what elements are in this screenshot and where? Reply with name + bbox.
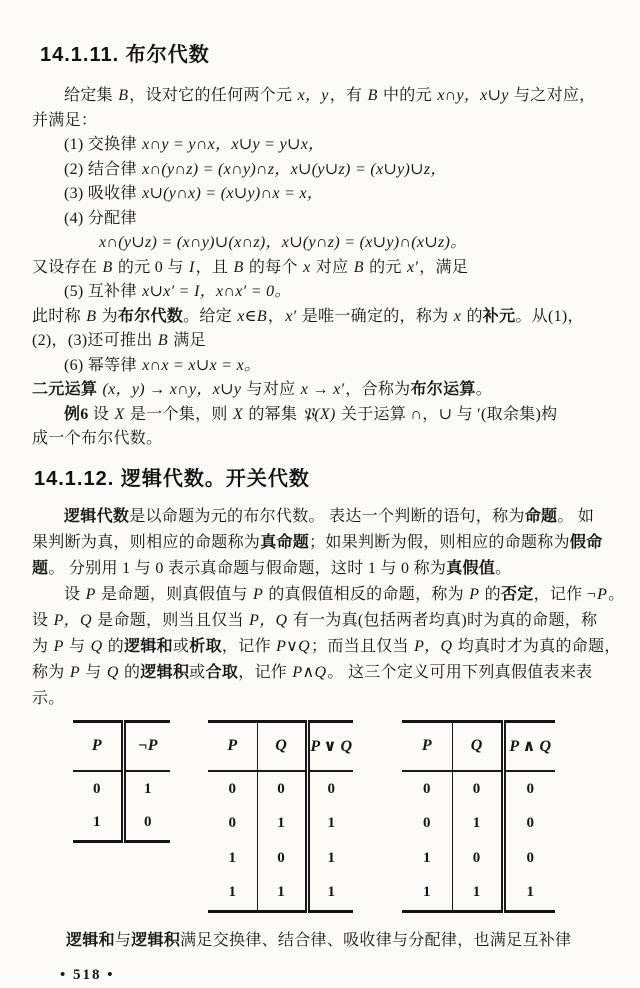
- law-distributive-label: (4) 分配律: [32, 207, 614, 232]
- cell: 0: [503, 806, 555, 841]
- col-header-not-p: ¬P: [123, 721, 170, 771]
- table-header-row: P Q P ∧ Q: [402, 721, 555, 771]
- cell: 1: [402, 841, 452, 876]
- table-header-row: P Q P ∨ Q: [208, 721, 353, 771]
- cell: 0: [208, 806, 257, 841]
- logic-para2-line-5: 示。: [32, 686, 614, 712]
- book-page: 14.1.11. 布尔代数 给定集 B，设对它的任何两个元 x，y，有 B 中的…: [0, 0, 640, 984]
- cell: 0: [257, 841, 307, 876]
- col-header-p: P: [73, 721, 123, 771]
- table-row: 1 0 1: [208, 841, 353, 876]
- table-row: 0 1: [73, 771, 170, 806]
- cell: 1: [73, 806, 123, 841]
- law-distributive-formula: x∩(y∪z) = (x∩y)∪(x∩z)，x∪(y∩z) = (x∪y)∩(x…: [32, 231, 614, 256]
- cell: 1: [307, 806, 353, 841]
- complement-intro: 又设存在 B 的元 0 与 I，且 B 的每个 x 对应 B 的元 x′，满足: [32, 256, 614, 281]
- law-complement: (5) 互补律 x∪x′ = I，x∩x′ = 0。: [32, 280, 614, 305]
- col-header-p-and-q: P ∧ Q: [503, 721, 555, 771]
- truth-table-negation: P ¬P 0 1 1 0: [73, 720, 170, 843]
- cell: 1: [307, 876, 353, 911]
- derivation-note: (2)，(3)还可推出 B 满足: [32, 329, 614, 354]
- law-associative: (2) 结合律 x∩(y∩z) = (x∩y)∩z，x∪(y∪z) = (x∪y…: [32, 158, 614, 183]
- logic-para1-line-2: 果判断为真，则相应的命题称为真命题；如果判断为假，则相应的命题称为假命: [32, 530, 614, 556]
- table-row: 1 1 1: [402, 876, 555, 911]
- logic-para2-line-4: 称为 P 与 Q 的逻辑积或合取，记作 P∧Q。 这三个定义可用下列真假值表来表: [32, 660, 614, 686]
- col-header-p: P: [402, 721, 452, 771]
- col-header-p-or-q: P ∨ Q: [307, 721, 353, 771]
- table-header-row: P ¬P: [73, 721, 170, 771]
- cell: 1: [257, 806, 307, 841]
- cell: 1: [452, 806, 503, 841]
- section-boolean-algebra: 给定集 B，设对它的任何两个元 x，y，有 B 中的元 x∩y，x∪y 与之对应…: [32, 84, 614, 452]
- cell: 0: [452, 841, 503, 876]
- cell: 1: [123, 771, 170, 806]
- laws-summary-note: 逻辑和与逻辑积满足交换律、结合律、吸收律与分配律，也满足互补律: [32, 929, 614, 953]
- truth-tables-row: P ¬P 0 1 1 0 P Q P ∨ Q 0 0 0: [32, 720, 614, 913]
- example-6-line-2: 成一个布尔代数。: [32, 427, 614, 452]
- boolean-algebra-definition: 此时称 B 为布尔代数。给定 x∈B，x′ 是唯一确定的，称为 x 的补元。从(…: [32, 305, 614, 330]
- table-row: 1 0 0: [402, 841, 555, 876]
- law-idempotent: (6) 幂等律 x∩x = x∪x = x。: [32, 354, 614, 379]
- negation-definition-line: 设 P 是命题，则真假值与 P 的真假值相反的命题，称为 P 的否定，记作 ¬P…: [32, 582, 614, 608]
- table-row: 0 0 0: [208, 771, 353, 806]
- truth-table-conjunction: P Q P ∧ Q 0 0 0 0 1 0 1 0 0 1 1: [402, 720, 555, 913]
- logic-para2-line-2: 设 P，Q 是命题，则当且仅当 P，Q 有一为真(包括两者均真)时为真的命题，称: [32, 608, 614, 634]
- section-heading-14-1-12: 14.1.12. 逻辑代数。开关代数: [34, 466, 614, 492]
- col-header-p: P: [208, 721, 257, 771]
- cell: 0: [452, 771, 503, 806]
- table-row: 1 0: [73, 806, 170, 841]
- cell: 0: [307, 771, 353, 806]
- cell: 0: [208, 771, 257, 806]
- cell: 0: [123, 806, 170, 841]
- logic-para2-line-3: 为 P 与 Q 的逻辑和或析取，记作 P∨Q；而当且仅当 P，Q 均真时才为真的…: [32, 634, 614, 660]
- cell: 0: [402, 806, 452, 841]
- col-header-q: Q: [257, 721, 307, 771]
- page-number: • 518 •: [60, 967, 614, 984]
- cell: 1: [307, 841, 353, 876]
- cell: 0: [257, 771, 307, 806]
- cell: 1: [503, 876, 555, 911]
- cell: 1: [208, 876, 257, 911]
- intro-line-1: 给定集 B，设对它的任何两个元 x，y，有 B 中的元 x∩y，x∪y 与之对应…: [32, 84, 614, 109]
- boolean-operations-note: 二元运算 (x，y) → x∩y，x∪y 与对应 x → x′，合称为布尔运算。: [32, 378, 614, 403]
- cell: 0: [73, 771, 123, 806]
- cell: 0: [503, 771, 555, 806]
- logic-para1-line-3: 题。 分别用 1 与 0 表示真命题与假命题，这时 1 与 0 称为真假值。: [32, 556, 614, 582]
- table-row: 1 1 1: [208, 876, 353, 911]
- law-commutative: (1) 交换律 x∩y = y∩x，x∪y = y∪x，: [32, 133, 614, 158]
- section-logic-algebra: 逻辑代数是以命题为元的布尔代数。 表达一个判断的语句，称为命题。 如 果判断为真…: [32, 504, 614, 712]
- cell: 0: [503, 841, 555, 876]
- example-6-line-1: 例6 设 X 是一个集，则 X 的幂集 𝔓(X) 关于运算 ∩，∪ 与 ′(取余…: [32, 403, 614, 428]
- intro-line-2: 并满足：: [32, 109, 614, 134]
- cell: 1: [402, 876, 452, 911]
- col-header-q: Q: [452, 721, 503, 771]
- cell: 1: [208, 841, 257, 876]
- cell: 0: [402, 771, 452, 806]
- table-row: 0 0 0: [402, 771, 555, 806]
- truth-table-disjunction: P Q P ∨ Q 0 0 0 0 1 1 1 0 1 1 1: [208, 720, 353, 913]
- cell: 1: [257, 876, 307, 911]
- table-row: 0 1 0: [402, 806, 555, 841]
- logic-para1-line-1: 逻辑代数是以命题为元的布尔代数。 表达一个判断的语句，称为命题。 如: [32, 504, 614, 530]
- cell: 1: [452, 876, 503, 911]
- table-row: 0 1 1: [208, 806, 353, 841]
- law-absorption: (3) 吸收律 x∪(y∩x) = (x∪y)∩x = x，: [32, 182, 614, 207]
- section-heading-14-1-11: 14.1.11. 布尔代数: [40, 42, 614, 68]
